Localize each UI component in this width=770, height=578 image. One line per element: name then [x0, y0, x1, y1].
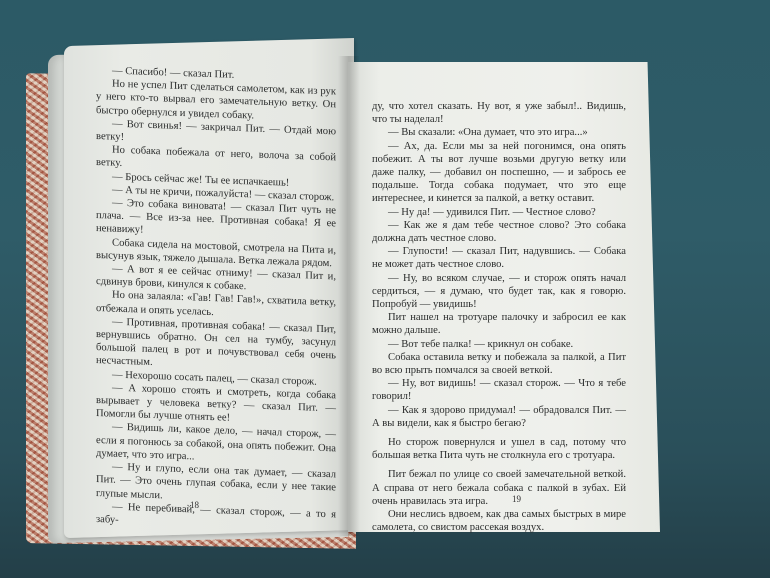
paragraph: — Как же я дам тебе честное слово? Это с… — [372, 219, 626, 245]
paragraph: Пит нашел на тротуаре палочку и забросил… — [372, 311, 626, 337]
paragraph: — Ну да! — удивился Пит. — Честное слово… — [372, 206, 626, 219]
page-number-left: 18 — [190, 500, 199, 510]
paragraph: — Как я здорово придумал! — обрадовался … — [372, 404, 626, 430]
paragraph: — Вы сказали: «Она думает, что это игра.… — [372, 126, 626, 139]
paragraph: — Глупости! — сказал Пит, надувшись. — С… — [372, 245, 626, 271]
paragraph: — Ну, вот видишь! — сказал сторож. — Что… — [372, 377, 626, 403]
paragraph: Они неслись вдвоем, как два самых быстры… — [372, 508, 626, 534]
paragraph: — Противная, противная собака! — сказал … — [96, 315, 336, 376]
paragraph: — Ах, да. Если мы за ней погонимся, она … — [372, 140, 626, 206]
right-page-text: ду, что хотел сказать. Ну вот, я уже заб… — [372, 100, 626, 535]
book-spine — [338, 56, 360, 536]
left-page-text: — Спасибо! — сказал Пит. Но не успел Пит… — [96, 64, 336, 534]
paragraph: Пит бежал по улице со своей замечательно… — [372, 468, 626, 508]
paragraph: — Ну, во всяком случае, — и сторож опять… — [372, 272, 626, 312]
page-number-right: 19 — [512, 494, 521, 504]
paragraph: ду, что хотел сказать. Ну вот, я уже заб… — [372, 100, 626, 126]
paragraph: — Вот тебе палка! — крикнул он собаке. — [372, 338, 626, 351]
paragraph: Но сторож повернулся и ушел в сад, потом… — [372, 436, 626, 462]
paragraph: Собака оставила ветку и побежала за палк… — [372, 351, 626, 377]
